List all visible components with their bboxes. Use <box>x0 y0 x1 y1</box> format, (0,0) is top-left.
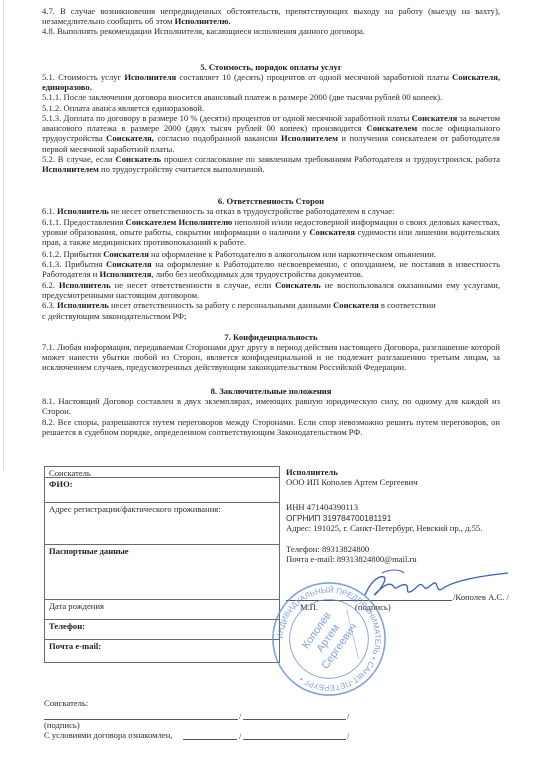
section-5-title: 5. Стоимость, порядок оплаты услуг <box>42 62 500 72</box>
slash: / <box>239 731 241 741</box>
applicant-column: Соискатель ФИО: Адрес регистрации/фактич… <box>44 466 280 663</box>
clause-5-1-1: 5.1.1. После заключения договора вноситс… <box>42 92 442 102</box>
footer-sign-caption: (подпись) <box>44 720 80 730</box>
slash: / <box>347 711 349 721</box>
company-stamp-icon: ИНДИВИДУАЛЬНЫЙ ПРЕДПРИНИМАТЕЛЬ • САНКТ-П… <box>270 580 388 698</box>
b: Соискатель <box>116 154 162 164</box>
clause-8-2: 8.2. Все споры, разрешаются путем перего… <box>42 417 500 437</box>
section-6-title: 6. Ответственность Сторон <box>42 196 500 206</box>
b: Соискателем Исполнителю <box>126 217 233 227</box>
clause-bold: Исполнителю. <box>175 16 231 26</box>
b: Исполнителя <box>100 269 152 279</box>
b: Исполнитель <box>286 467 338 477</box>
section-7-title: 7. Конфиденциальность <box>42 332 500 342</box>
b: Соискателя, <box>106 133 154 143</box>
t: не несет ответственность за отказ в труд… <box>109 206 395 216</box>
t: согласно подобранной вакансии <box>154 133 281 143</box>
clause-6-1: 6.1. Исполнитель не несет ответственност… <box>42 206 394 216</box>
b: Соискателя <box>333 300 379 310</box>
t: составляет 10 (десять) процентов от одно… <box>176 72 452 82</box>
t: на оформление к Работодателю в алкогольн… <box>149 249 436 259</box>
slash: / <box>239 711 241 721</box>
executor-column: Исполнитель ООО ИП Кополев Артем Сергеев… <box>286 466 536 564</box>
footer-applicant-label: Соискатель: <box>44 698 88 708</box>
executor-name: ООО ИП Кополев Артем Сергеевич <box>286 477 536 487</box>
clause-4-7: 4.7. В случае возникновения непредвиденн… <box>42 6 500 26</box>
t: 5.2. В случае, если <box>42 154 116 164</box>
b: Соискатель <box>275 280 321 290</box>
clause-6-3: 6.3. Исполнитель несет ответственность з… <box>42 300 436 310</box>
executor-phone: Телефон: 89313824800 <box>286 544 536 554</box>
t: 6.1.1. Предоставления <box>42 217 126 227</box>
b: Исполнитель <box>59 280 111 290</box>
clause-5-2: 5.2. В случае, если Соискатель прошел со… <box>42 154 500 174</box>
clause-5-1: 5.1. Стоимость услуг Исполнителя составл… <box>42 72 500 92</box>
t: 6.1.2. Прибытия <box>42 249 103 259</box>
clause-6-2: 6.2. Исполнитель не несет ответственност… <box>42 280 500 300</box>
executor-address: Адрес: 191025, г. Санкт-Петербург, Невск… <box>286 523 536 533</box>
acquainted-signature-line[interactable] <box>183 739 237 740</box>
applicant-heading: Соискатель <box>45 467 279 477</box>
scan-edge-line <box>3 0 4 470</box>
b: Исполнителем <box>281 133 338 143</box>
applicant-fio-field[interactable]: ФИО: <box>45 477 279 502</box>
t: 5.1. Стоимость услуг <box>42 72 124 82</box>
clause-6-3-cont: с действующим законодательством РФ; <box>42 311 186 321</box>
b: Исполнитель <box>57 206 109 216</box>
slash: / <box>347 731 349 741</box>
t: несет ответственность за работу с персон… <box>109 300 333 310</box>
executor-heading: Исполнитель <box>286 467 536 477</box>
clause-6-1-2: 6.1.2. Прибытия Соискателя на оформление… <box>42 249 436 259</box>
b: Исполнителя <box>124 72 176 82</box>
t: 6.1.3. Прибытия <box>42 259 106 269</box>
clause-6-1-1: 6.1.1. Предоставления Соискателем Исполн… <box>42 217 500 248</box>
b: Соискателем <box>366 123 417 133</box>
t: 5.1.3. Доплата по договору в размере 10 … <box>42 113 412 123</box>
clause-8-1: 8.1. Настоящий Договор составлен в двух … <box>42 396 500 416</box>
clause-5-1-2: 5.1.2. Оплата аванса является единоразов… <box>42 103 204 113</box>
executor-inn: ИНН 471404390113 <box>286 502 536 512</box>
clause-6-1-3: 6.1.3. Прибытия Соискателя на оформление… <box>42 259 500 279</box>
t: , либо без необходимых для трудоустройст… <box>151 269 363 279</box>
footer-acquainted-text: С условиями договора ознакомлен, <box>44 730 172 740</box>
b: Исполнителем <box>42 164 99 174</box>
t: 6.2. <box>42 280 59 290</box>
b: Соискателя <box>103 249 149 259</box>
clause-7-1: 7.1. Любая информация, передаваемая Стор… <box>42 342 500 373</box>
acquainted-name-line[interactable] <box>243 739 346 740</box>
t: прошел согласование по заявленным требов… <box>161 154 500 164</box>
applicant-address-field[interactable]: Адрес регистрации/фактического проживани… <box>45 502 279 544</box>
applicant-birthdate-field[interactable]: Дата рождения <box>45 599 279 619</box>
t: в соответствии <box>379 300 436 310</box>
section-8-title: 8. Заключительные положения <box>42 386 500 396</box>
applicant-email-field[interactable]: Почта e-mail: <box>45 639 279 662</box>
clause-4-8: 4.8. Выполнять рекомендации Исполнителя,… <box>42 26 365 36</box>
t: по трудоустройству считается выполненной… <box>99 164 265 174</box>
t: 6.3. <box>42 300 57 310</box>
b: Соискателя <box>412 113 458 123</box>
t: не несет ответственности в случае, если <box>111 280 276 290</box>
applicant-phone-field[interactable]: Телефон: <box>45 619 279 639</box>
clause-5-1-3: 5.1.3. Доплата по договору в размере 10 … <box>42 113 500 154</box>
b: Соискателя <box>106 259 152 269</box>
executor-ogrnip: ОГРНИП 319784700181191 <box>286 513 536 523</box>
applicant-name-line[interactable] <box>243 719 346 720</box>
clause-text: 4.7. В случае возникновения непредвиденн… <box>42 6 500 26</box>
b: Соискателя <box>309 227 355 237</box>
t: 6.1. <box>42 206 57 216</box>
b: Исполнитель <box>57 300 109 310</box>
applicant-passport-field[interactable]: Паспортные данные <box>45 544 279 599</box>
